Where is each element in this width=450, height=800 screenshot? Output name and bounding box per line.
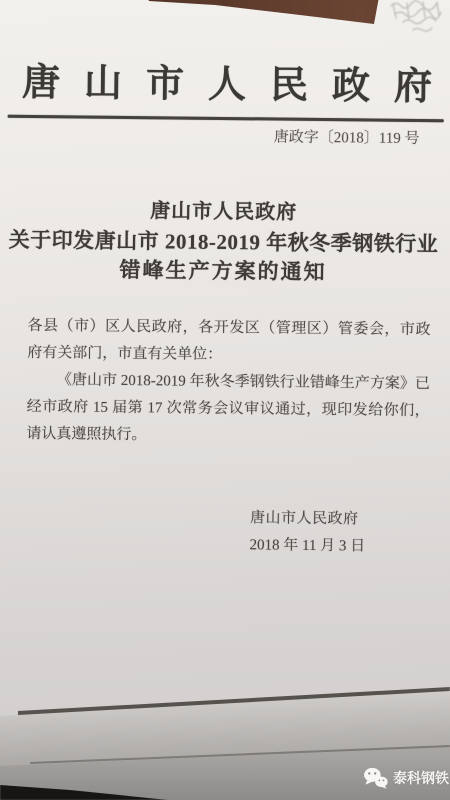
signature-block: 唐山市人民政府 2018 年 11 月 3 日 <box>0 503 446 562</box>
signature-date: 2018 年 11 月 3 日 <box>0 530 445 562</box>
channel-watermark: 泰科钢铁 <box>363 767 449 789</box>
watermark-label: 泰科钢铁 <box>393 768 449 788</box>
document-number: 唐政字〔2018〕119 号 <box>0 125 450 150</box>
letterhead-title: 唐山市人民政府 <box>0 60 450 111</box>
notice-title-line2: 关于印发唐山市 2018-2019 年秋冬季钢铁行业 <box>0 225 449 260</box>
notice-title: 唐山市人民政府 关于印发唐山市 2018-2019 年秋冬季钢铁行业 错峰生产方… <box>0 197 449 288</box>
notice-title-line3: 错峰生产方案的通知 <box>0 255 448 288</box>
wechat-icon <box>363 767 388 789</box>
addressee-paragraph: 各县（市）区人民政府，各开发区（管理区）管委会，市政府有关部门，市直有关单位： <box>27 313 431 371</box>
letterhead-rule <box>8 115 444 123</box>
document-content: 唐山市人民政府 唐政字〔2018〕119 号 唐山市人民政府 关于印发唐山市 2… <box>0 0 450 561</box>
notice-title-line1: 唐山市人民政府 <box>0 197 449 228</box>
document-photo: 唐山市人民政府 唐政字〔2018〕119 号 唐山市人民政府 关于印发唐山市 2… <box>0 0 450 800</box>
body-paragraph: 《唐山市 2018-2019 年秋冬季钢铁行业错峰生产方案》已经市政府 15 届… <box>26 367 430 452</box>
